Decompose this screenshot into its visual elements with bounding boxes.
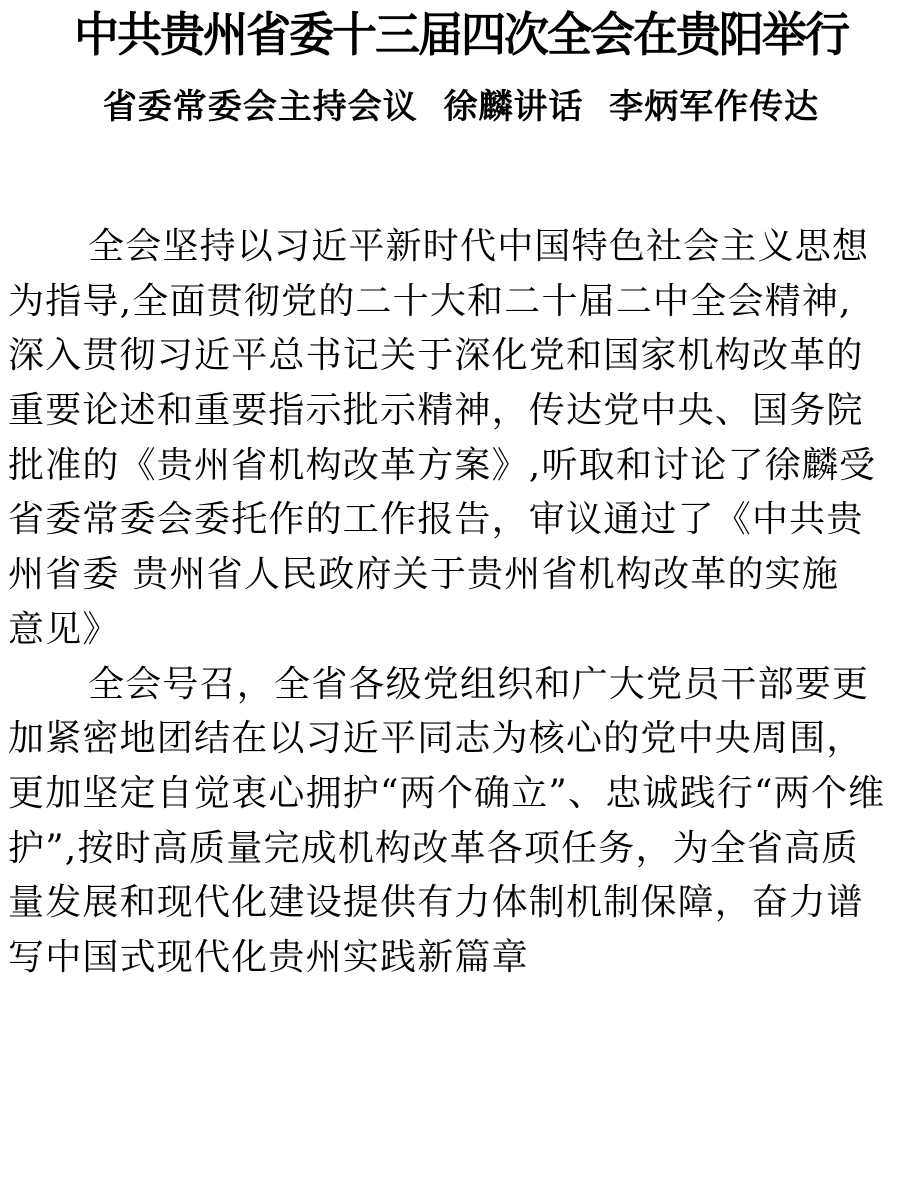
paragraph-line: 省委常委会委托作的工作报告，审议通过了《中共贵 — [8, 493, 918, 548]
paragraph-line: 为指导,全面贯彻党的二十大和二十届二中全会精神, — [8, 275, 918, 330]
article-body: 全会坚持以习近平新时代中国特色社会主义思想 为指导,全面贯彻党的二十大和二十届二… — [8, 220, 918, 986]
paragraph-line: 护”,按时高质量完成机构改革各项任务，为全省高质 — [8, 822, 918, 877]
paragraph-line: 批准的《贵州省机构改革方案》,听取和讨论了徐麟受 — [8, 439, 918, 494]
paragraph-1: 全会坚持以习近平新时代中国特色社会主义思想 为指导,全面贯彻党的二十大和二十届二… — [8, 220, 918, 658]
paragraph-line: 全会坚持以习近平新时代中国特色社会主义思想 — [8, 220, 918, 275]
paragraph-line: 加紧密地团结在以习近平同志为核心的党中央周围， — [8, 712, 918, 767]
headline: 中共贵州省委十三届四次全会在贵阳举行 — [0, 5, 922, 66]
paragraph-line: 更加坚定自觉衷心拥护“两个确立”、忠诚践行“两个维 — [8, 767, 918, 822]
paragraph-line: 深入贯彻习近平总书记关于深化党和国家机构改革的 — [8, 329, 918, 384]
paragraph-line: 全会号召，全省各级党组织和广大党员干部要更 — [8, 658, 918, 713]
paragraph-line: 写中国式现代化贵州实践新篇章 — [8, 931, 918, 986]
paragraph-line: 重要论述和重要指示批示精神，传达党中央、国务院 — [8, 384, 918, 439]
subheadline: 省委常委会主持会议 徐麟讲话 李炳军作传达 — [0, 84, 922, 130]
paragraph-2: 全会号召，全省各级党组织和广大党员干部要更 加紧密地团结在以习近平同志为核心的党… — [8, 658, 918, 986]
paragraph-line: 意见》 — [8, 603, 918, 658]
paragraph-line: 州省委 贵州省人民政府关于贵州省机构改革的实施 — [8, 548, 918, 603]
paragraph-line: 量发展和现代化建设提供有力体制机制保障，奋力谱 — [8, 876, 918, 931]
